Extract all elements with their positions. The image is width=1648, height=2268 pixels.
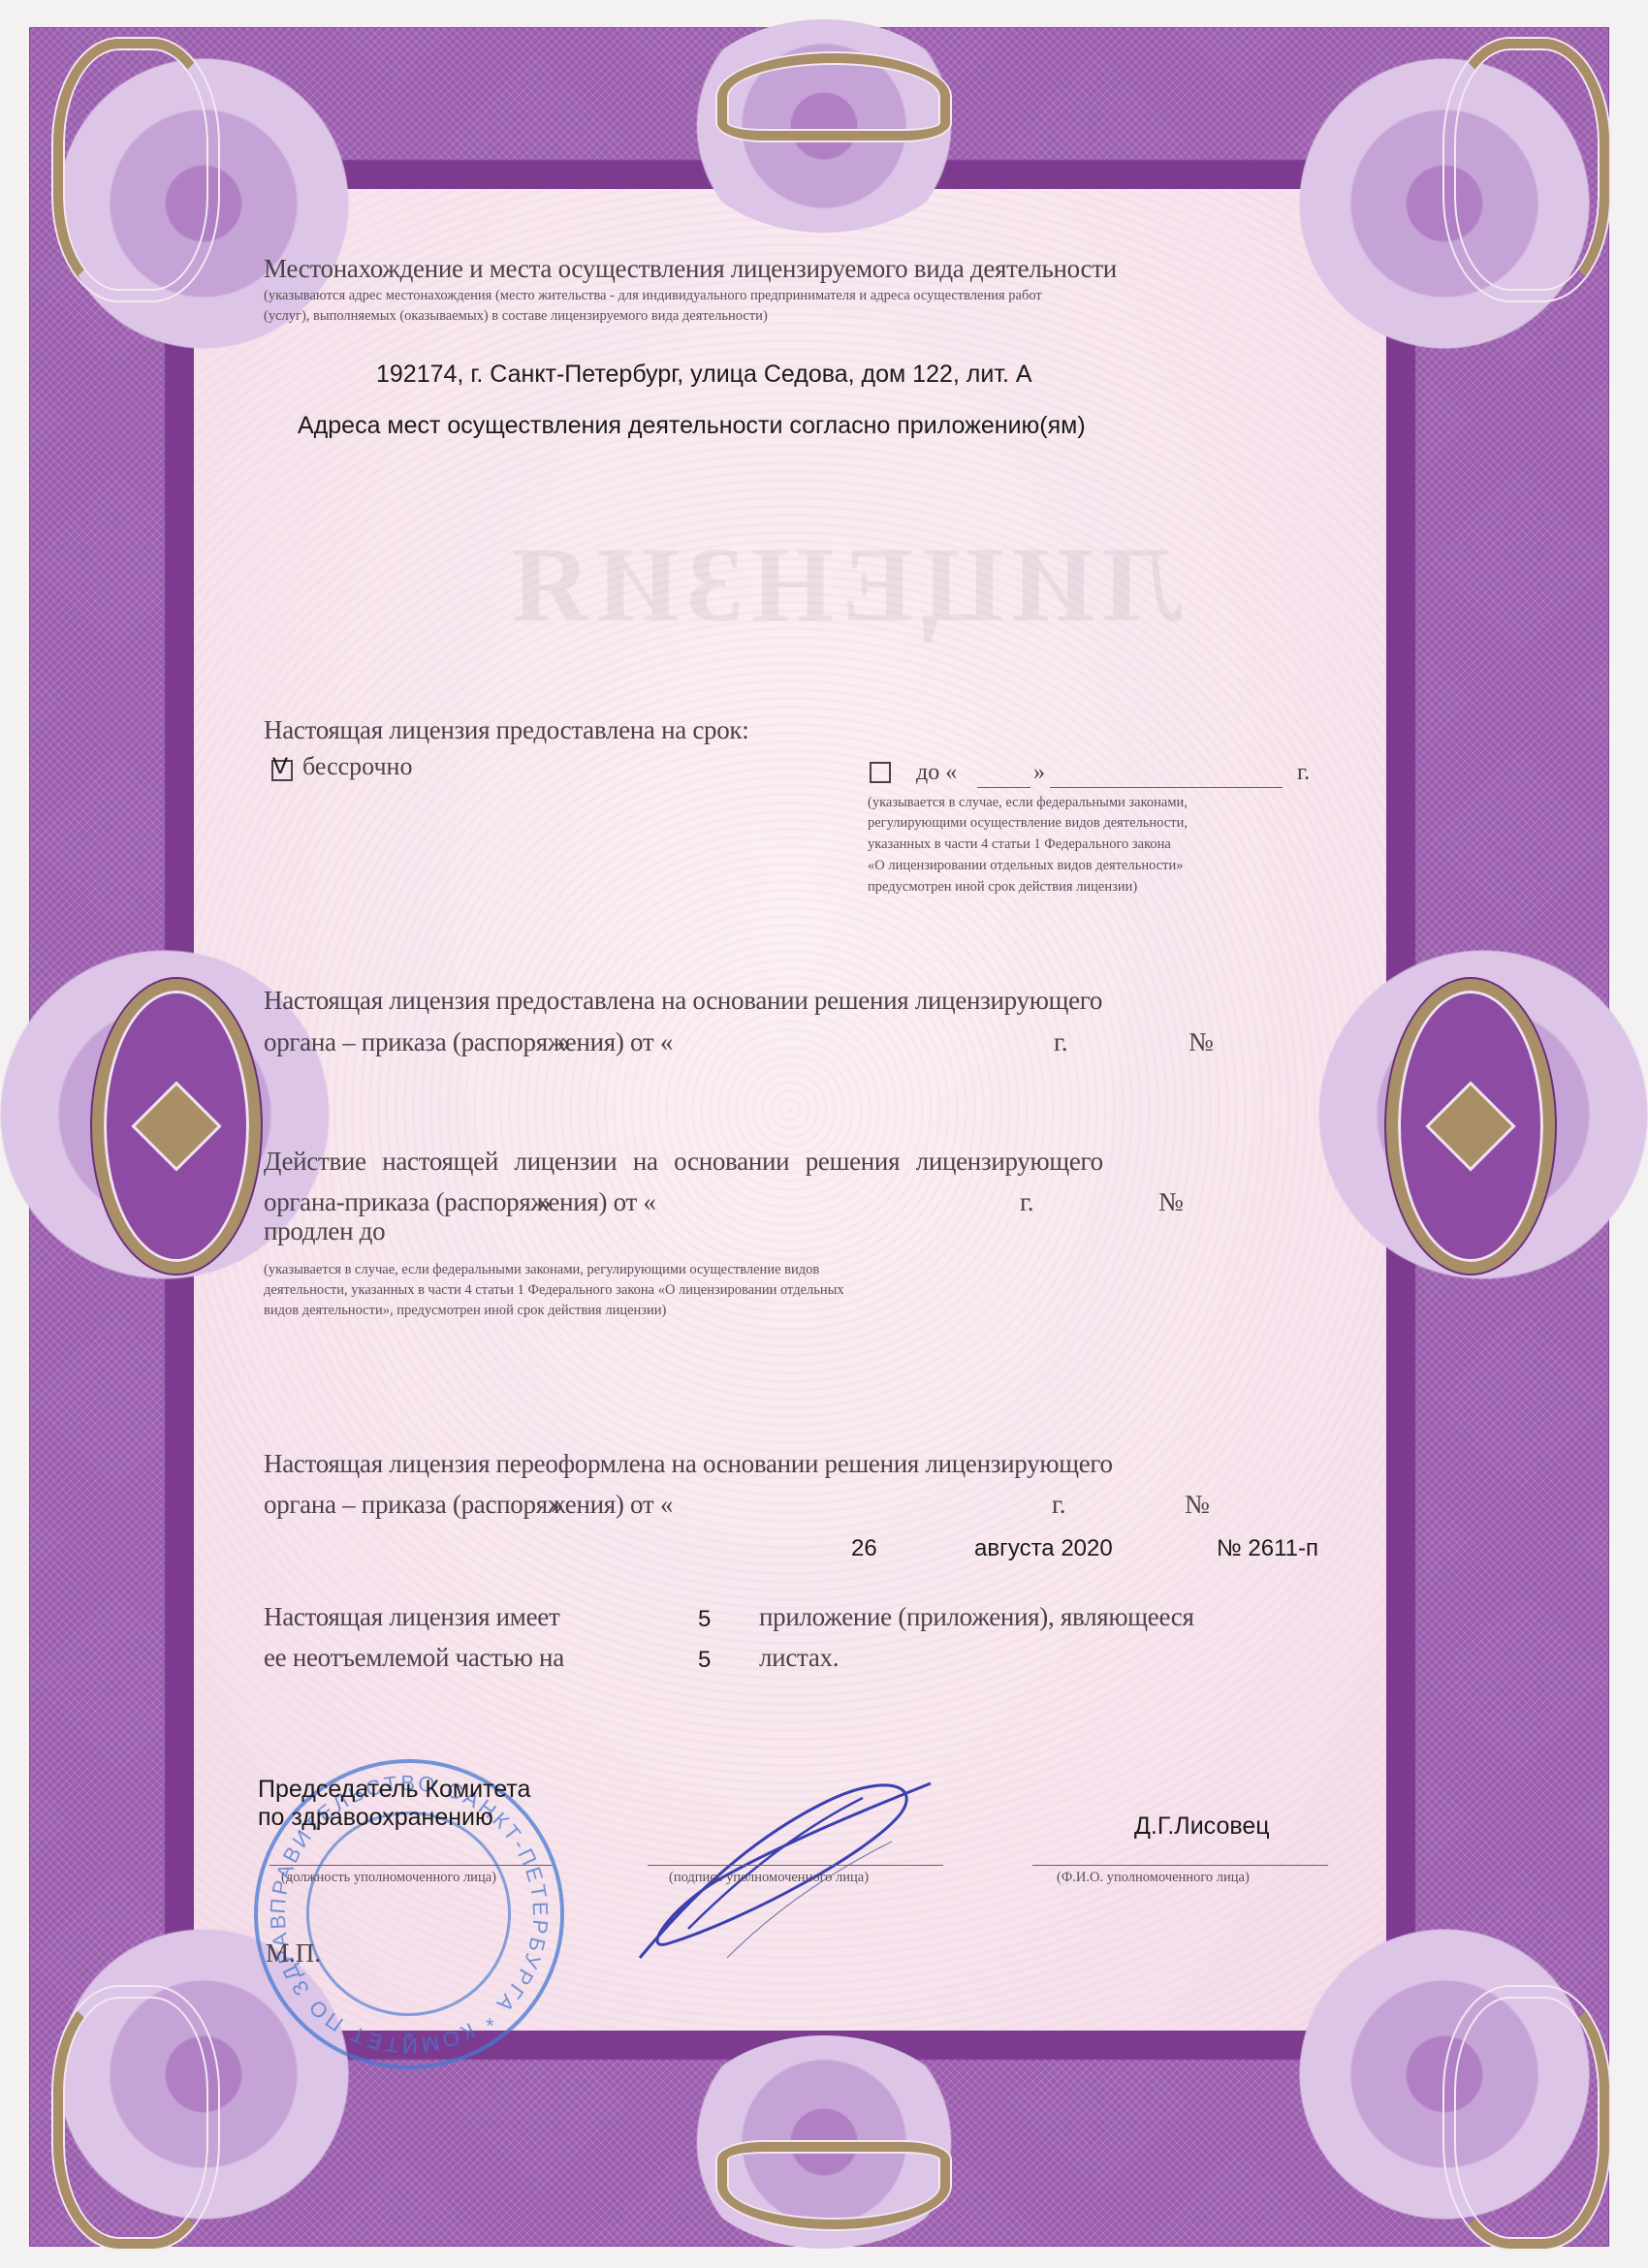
extension-line1: Действие настоящей лицензии на основании…: [264, 1147, 1103, 1177]
handwritten-signature: [630, 1764, 950, 1968]
reissue-order-number: № 2611-п: [1217, 1535, 1318, 1562]
signer-name: Д.Г.Лисовец: [1134, 1812, 1270, 1841]
term-until-note-2: регулирующими осуществление видов деятел…: [868, 814, 1188, 832]
term-until-note-5: предусмотрен иной срок действия лицензии…: [868, 878, 1137, 896]
term-until-label: до «: [916, 760, 957, 786]
appendix-line1-suffix: приложение (приложения), являющееся: [759, 1602, 1194, 1632]
location-heading: Местонахождение и места осуществления ли…: [264, 254, 1117, 284]
checkmark-icon: V: [272, 755, 288, 778]
unlimited-term-label: бессрочно: [302, 752, 412, 781]
location-note-line1: (указываются адрес местонахождения (мест…: [264, 287, 1042, 304]
appendix-line2-suffix: листах.: [759, 1643, 839, 1673]
reissue-order-month-year: августа 2020: [974, 1535, 1113, 1562]
term-heading: Настоящая лицензия предоставлена на срок…: [264, 715, 748, 745]
term-until-year-suffix: г.: [1297, 760, 1310, 786]
position-underline: [269, 1865, 553, 1866]
signature-underline: [648, 1865, 943, 1866]
extension-line2: органа-приказа (распоряжения) от «: [264, 1187, 656, 1217]
extension-note-1: (указывается в случае, если федеральными…: [264, 1261, 819, 1278]
location-note-line2: (услуг), выполняемых (оказываемых) в сос…: [264, 307, 768, 325]
extension-year-suffix: г.: [1020, 1187, 1033, 1217]
svg-text:*: *: [404, 2027, 415, 2051]
reissue-year-suffix: г.: [1052, 1490, 1065, 1520]
appendix-sheets: 5: [698, 1647, 711, 1674]
appendix-count: 5: [698, 1606, 711, 1633]
term-until-note-4: «О лицензировании отдельных видов деятел…: [868, 857, 1184, 874]
name-caption: (Ф.И.О. уполномоченного лица): [1057, 1869, 1250, 1886]
extension-quote-close: »: [538, 1187, 551, 1217]
signer-position-line1: Председатель Комитета: [258, 1776, 530, 1804]
reissue-line1: Настоящая лицензия переоформлена на осно…: [264, 1449, 1113, 1479]
name-underline: [1032, 1865, 1328, 1866]
term-until-date-blank: [1050, 787, 1283, 788]
term-until-checkbox[interactable]: [870, 762, 891, 783]
extension-line3: продлен до: [264, 1216, 385, 1246]
term-until-day-blank: [977, 787, 1030, 788]
basis-line2: органа – приказа (распоряжения) от «: [264, 1027, 673, 1057]
term-until-note-1: (указывается в случае, если федеральными…: [868, 793, 1188, 812]
basis-year-suffix: г.: [1054, 1027, 1067, 1057]
appendix-line2-prefix: ее неотъемлемой частью на: [264, 1643, 564, 1673]
signature-caption: (подпись уполномоченного лица): [669, 1869, 869, 1886]
extension-number-sign: №: [1158, 1187, 1183, 1217]
basis-quote-close: »: [557, 1027, 570, 1057]
reissue-line2: органа – приказа (распоряжения) от «: [264, 1490, 673, 1520]
position-caption: (должность уполномоченного лица): [281, 1869, 496, 1886]
reissue-number-sign: №: [1185, 1490, 1209, 1520]
appendix-line1-prefix: Настоящая лицензия имеет: [264, 1602, 559, 1632]
reissue-quote-close: »: [551, 1490, 563, 1520]
extension-note-2: деятельности, указанных в части 4 статьи…: [264, 1281, 844, 1299]
term-until-quote-close: »: [1033, 760, 1045, 786]
term-until-note-3: указанных в части 4 статьи 1 Федеральног…: [868, 835, 1171, 853]
seal-placement-label: М.П.: [266, 1938, 321, 1969]
signer-position-line2: по здравоохранению: [258, 1804, 493, 1832]
extension-note-3: видов деятельности», предусмотрен иной с…: [264, 1302, 666, 1319]
basis-line1: Настоящая лицензия предоставлена на осно…: [264, 986, 1102, 1016]
reissue-order-day: 26: [851, 1535, 877, 1562]
licensee-address: 192174, г. Санкт-Петербург, улица Седова…: [376, 361, 1032, 389]
basis-number-sign: №: [1188, 1027, 1213, 1057]
activity-places-note: Адреса мест осуществления деятельности с…: [298, 412, 1086, 440]
